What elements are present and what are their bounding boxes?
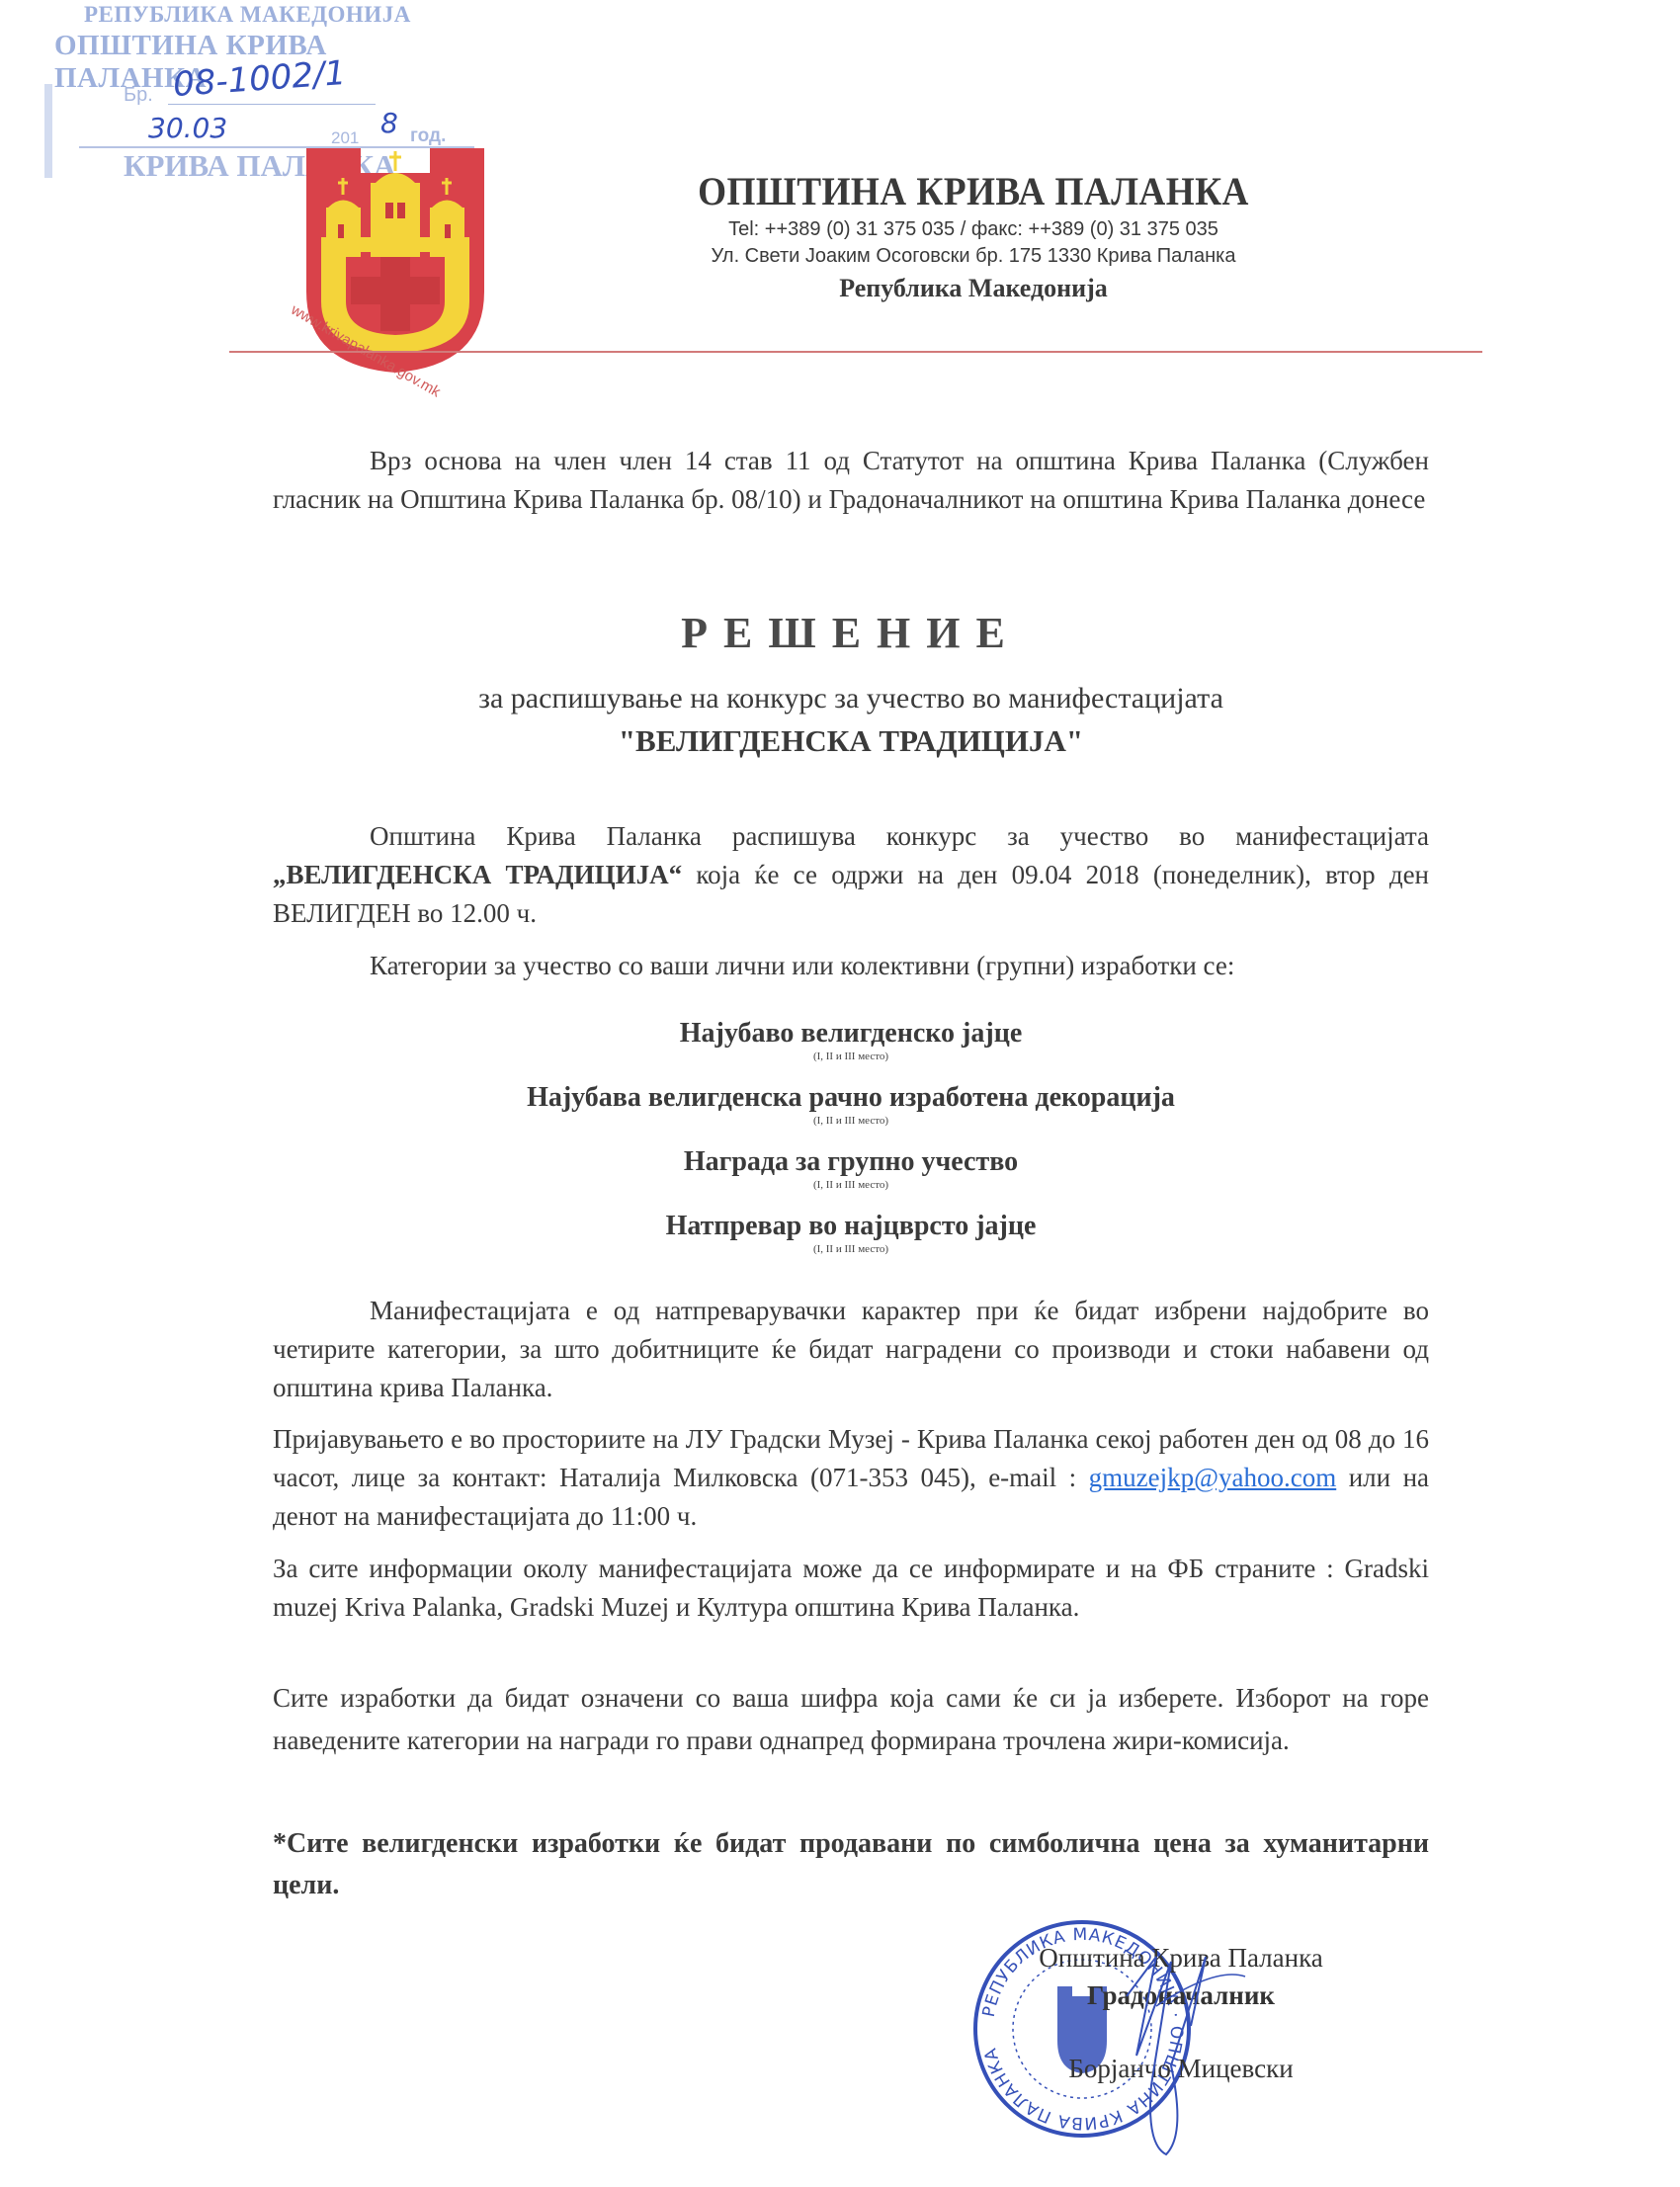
stamp-year-handwritten: 8	[380, 107, 398, 139]
category-name: Награда за групно учество	[273, 1146, 1429, 1178]
info-paragraph: За сите информации околу манифестацијата…	[273, 1550, 1429, 1627]
categories-intro: Категории за учество со ваши лични или к…	[273, 947, 1429, 985]
category-places: (I, II и III место)	[273, 1242, 1429, 1256]
letterhead-divider	[229, 351, 1482, 353]
category-item: Најубава велигденска рачно изработена де…	[273, 1082, 1429, 1128]
stamp-date-handwritten: 30.03	[148, 112, 227, 144]
category-item: Најубаво велигденско јајце (I, II и III …	[273, 1018, 1429, 1063]
competition-paragraph: Манифестацијата е од натпреварувачки кар…	[273, 1292, 1429, 1407]
category-places: (I, II и III место)	[273, 1114, 1429, 1128]
announcement-event-name: „ВЕЛИГДЕНСКА ТРАДИЦИЈА“	[273, 860, 682, 889]
category-name: Најубаво велигденско јајце	[273, 1018, 1429, 1050]
category-item: Награда за групно учество (I, II и III м…	[273, 1146, 1429, 1192]
stamp-number-label: Бр.	[124, 84, 153, 107]
email-link[interactable]: gmuzejkp@yahoo.com	[1089, 1463, 1337, 1492]
humanitarian-note: *Сите велигденски изработки ќе бидат про…	[273, 1823, 1429, 1906]
stamp-edge	[44, 84, 52, 178]
category-item: Натпревар во најцврсто јајце (I, II и II…	[273, 1211, 1429, 1256]
category-name: Натпревар во најцврсто јајце	[273, 1211, 1429, 1242]
letterhead: ОПШТИНА КРИВА ПАЛАНКА Tel: ++389 (0) 31 …	[553, 168, 1393, 303]
stamp-number-underline	[168, 104, 376, 105]
event-name-heading: "ВЕЛИГДЕНСКА ТРАДИЦИЈА"	[273, 723, 1429, 759]
announcement-text-start: Општина Крива Паланка распишува конкурс …	[370, 821, 1429, 851]
category-places: (I, II и III место)	[273, 1050, 1429, 1063]
registration-paragraph: Пријавувањето е во просториите на ЛУ Гра…	[273, 1420, 1429, 1536]
announcement-paragraph: Општина Крива Паланка распишува конкурс …	[273, 817, 1429, 933]
preamble-paragraph: Врз основа на член член 14 став 11 од Ст…	[273, 442, 1429, 519]
category-name: Најубава велигденска рачно изработена де…	[273, 1082, 1429, 1114]
contact-address: Ул. Свети Јоаким Осоговски бр. 175 1330 …	[553, 245, 1393, 268]
organization-name: ОПШТИНА КРИВА ПАЛАНКА	[583, 168, 1365, 214]
stamp-line-republic: РЕПУБЛИКА МАКЕДОНИЈА	[84, 2, 411, 28]
document-title: РЕШЕНИЕ	[273, 608, 1429, 658]
country-name: Република Македонија	[553, 274, 1393, 303]
contact-phone-fax: Tel: ++389 (0) 31 375 035 / факс: ++389 …	[553, 218, 1393, 241]
codes-paragraph: Сите изработки да бидат означени со ваша…	[273, 1677, 1429, 1762]
handwritten-signature-icon	[1097, 1937, 1255, 2164]
coat-of-arms-icon	[287, 143, 504, 380]
document-subtitle: за распишување на конкурс за учество во …	[273, 682, 1429, 715]
category-places: (I, II и III место)	[273, 1178, 1429, 1192]
